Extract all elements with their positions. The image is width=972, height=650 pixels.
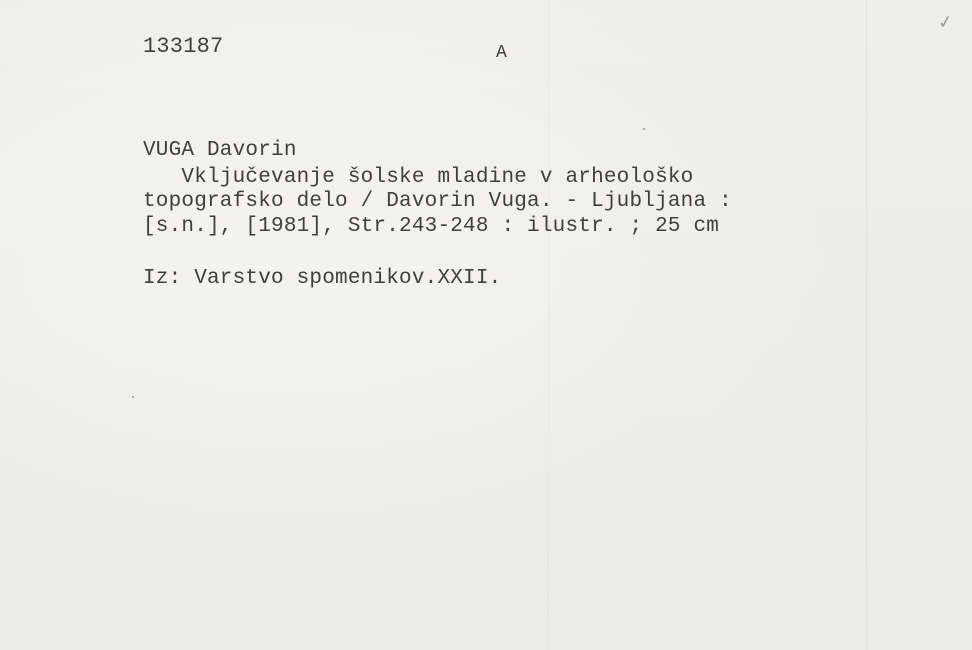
paper-speck [643, 128, 645, 130]
shelf-mark: A [496, 42, 507, 64]
author-heading: VUGA Davorin [143, 140, 297, 162]
title-line-3: [s.n.], [1981], Str.243-248 : ilustr. ; … [143, 216, 719, 238]
source-note: Iz: Varstvo spomenikov.XXII. [143, 268, 501, 290]
call-number: 133187 [143, 36, 223, 58]
paper-speck [132, 396, 134, 398]
paper-fold-line [548, 0, 550, 650]
title-line-1: Vključevanje šolske mladine v arheološko [143, 167, 694, 189]
catalog-card: 133187 A ✓ VUGA Davorin Vključevanje šol… [0, 0, 972, 650]
title-line-2: topografsko delo / Davorin Vuga. - Ljubl… [143, 191, 732, 213]
paper-fold-line-secondary [866, 0, 867, 650]
check-mark-icon: ✓ [937, 11, 955, 34]
